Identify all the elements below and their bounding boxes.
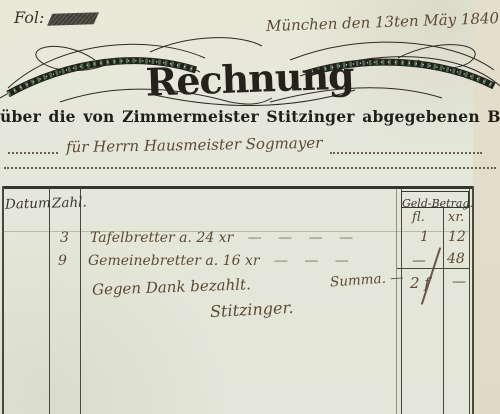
- row2-desc: Gemeinebretter a. 16 xr — — —: [88, 253, 355, 269]
- col-divider-datum-zahl: [49, 188, 50, 414]
- summa-label: Summa. —: [330, 269, 405, 290]
- payment-note: Gegen Dank bezahlt.: [92, 275, 251, 299]
- col-divider-fl-xr: [443, 208, 444, 414]
- redacted-folio-number: [47, 12, 99, 26]
- row1-desc: Tafelbretter a. 24 xr — — — —: [90, 230, 359, 246]
- row1-xr: 12: [448, 229, 466, 245]
- calligraphic-flourish: Rechnung: [0, 32, 500, 106]
- header-xr: xr.: [448, 210, 464, 225]
- header-datum: Datum: [5, 195, 51, 213]
- geld-betrag-header-box: Geld-Betrag.: [401, 191, 469, 208]
- col-divider-desc-amount: [401, 188, 402, 414]
- row1-fl: 1: [420, 229, 429, 245]
- folio-label-row: Fol:: [14, 8, 96, 27]
- table-left-border: [2, 186, 4, 414]
- table-right-border: [472, 186, 474, 414]
- col-divider-zahl-desc: [80, 188, 81, 414]
- signature: Stitzinger.: [210, 298, 294, 321]
- row2-dashes: — — —: [264, 253, 355, 269]
- table-right-inner: [469, 188, 470, 414]
- document-title: Rechnung: [145, 52, 355, 104]
- row2-desc-text: Gemeinebretter a. 16 xr: [88, 253, 260, 269]
- header-fl: fl.: [412, 210, 425, 225]
- summa-xr: —: [452, 274, 466, 290]
- subtitle-line: über die von Zimmermeister Stitzinger ab…: [0, 107, 478, 126]
- col-divider-desc-amount-outer: [396, 188, 397, 414]
- invoice-document: Fol: München den 13ten Mäy 1840.: [0, 0, 500, 414]
- dotted-line-empty: [4, 152, 496, 169]
- row2-fl: —: [412, 253, 426, 269]
- geld-betrag-header: Geld-Betrag.: [402, 197, 473, 210]
- row1-dashes: — — — —: [238, 230, 359, 246]
- row1-desc-text: Tafelbretter a. 24 xr: [90, 230, 233, 246]
- folio-label: Fol:: [14, 8, 44, 27]
- row1-zahl: 3: [60, 230, 69, 246]
- header-zahl: Zahl.: [52, 194, 87, 211]
- row2-zahl: 9: [58, 253, 67, 269]
- row2-xr: 48: [447, 251, 465, 267]
